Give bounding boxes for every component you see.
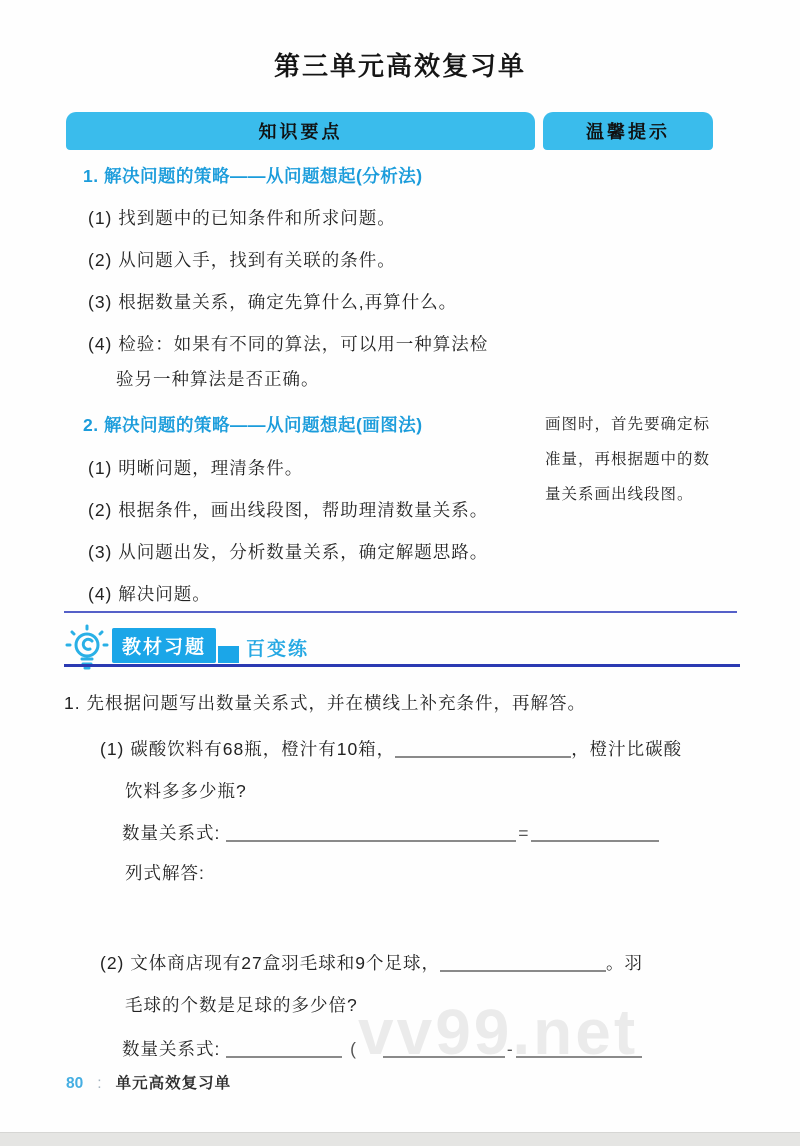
section2-item-3: (3) 从问题出发，分析数量关系，确定解题思路。 (88, 539, 488, 564)
q2-relation-blank-line-1 (226, 1056, 342, 1058)
q1-line1: (1) 碳酸饮料有68瓶，橙汁有10箱，，橙汁比碳酸 (100, 736, 682, 761)
q1-line2: 饮料多多少瓶? (125, 778, 247, 803)
worksheet-page: 第三单元高效复习单 知识要点 温馨提示 1. 解决问题的策略——从问题想起(分析… (0, 0, 800, 1146)
q2-condition-blank-line (440, 970, 606, 972)
q1-equals-sign: = (518, 823, 529, 844)
q2-line1-text-pre: (2) 文体商店现有27盒羽毛球和9个足球， (100, 953, 440, 973)
warm-tip-line-3: 量关系画出线段图。 (545, 477, 745, 512)
warm-tip-line-2: 准量，再根据题中的数 (545, 442, 745, 477)
knowledge-points-header: 知识要点 (66, 112, 535, 150)
badge-tab-decoration (218, 646, 239, 663)
section-divider-rule (64, 611, 737, 613)
page-title: 第三单元高效复习单 (0, 46, 800, 83)
q1-line1-text-pre: (1) 碳酸饮料有68瓶，橙汁有10箱， (100, 739, 395, 759)
warm-tips-header: 温馨提示 (543, 112, 713, 150)
practice-header-rule (64, 664, 740, 667)
q1-relation-label: 数量关系式: (122, 823, 220, 843)
question1-intro: 1. 先根据问题写出数量关系式，并在横线上补充条件，再解答。 (64, 690, 586, 715)
section2-item-1: (1) 明晰问题，理清条件。 (88, 455, 303, 480)
textbook-exercise-badge: 教材习题 (112, 628, 216, 663)
q1-relation-blank-line-2 (531, 840, 659, 842)
knowledge-points-header-label: 知识要点 (259, 118, 343, 144)
warm-tip-note: 画图时，首先要确定标 准量，再根据题中的数 量关系画出线段图。 (545, 407, 745, 512)
q1-line1-text-post: ，橙汁比碳酸 (571, 739, 682, 759)
section1-item-4-continued: 验另一种算法是否正确。 (116, 366, 320, 391)
section1-heading: 1. 解决问题的策略——从问题想起(分析法) (83, 163, 423, 188)
section1-item-1: (1) 找到题中的已知条件和所求问题。 (88, 205, 396, 230)
footer-separator: : (97, 1075, 101, 1092)
site-watermark: vv99.net (358, 995, 638, 1069)
q2-relation-label: 数量关系式: (122, 1039, 220, 1059)
footer-page-number: 80 (66, 1075, 83, 1092)
section2-heading: 2. 解决问题的策略——从问题想起(画图法) (83, 412, 423, 437)
q2-line1-text-post: 。羽 (606, 953, 643, 973)
q2-open-paren: ( (350, 1039, 357, 1060)
warm-tip-line-1: 画图时，首先要确定标 (545, 407, 745, 442)
section1-item-3: (3) 根据数量关系，确定先算什么,再算什么。 (88, 289, 457, 314)
warm-tips-header-label: 温馨提示 (586, 118, 670, 144)
q1-solve-label: 列式解答: (125, 860, 205, 885)
section1-item-2: (2) 从问题入手，找到有关联的条件。 (88, 247, 396, 272)
page-edge-band (0, 1132, 800, 1146)
practice-subtitle: 百变练 (246, 634, 309, 661)
section1-item-4: (4) 检验：如果有不同的算法，可以用一种算法检 (88, 331, 488, 356)
textbook-exercise-badge-label: 教材习题 (122, 632, 206, 659)
q1-relation-blank-line-1 (226, 840, 516, 842)
page-footer: 80:单元高效复习单 (66, 1071, 231, 1093)
q2-line1: (2) 文体商店现有27盒羽毛球和9个足球，。羽 (100, 950, 643, 975)
section2-item-4: (4) 解决问题。 (88, 581, 211, 606)
q1-condition-blank-line (395, 756, 571, 758)
lightbulb-icon (63, 624, 111, 681)
q1-relation-row: 数量关系式: = (122, 820, 659, 845)
footer-label: 单元高效复习单 (116, 1075, 232, 1092)
section2-item-2: (2) 根据条件，画出线段图，帮助理清数量关系。 (88, 497, 488, 522)
q2-line2: 毛球的个数是足球的多少倍? (125, 992, 358, 1017)
